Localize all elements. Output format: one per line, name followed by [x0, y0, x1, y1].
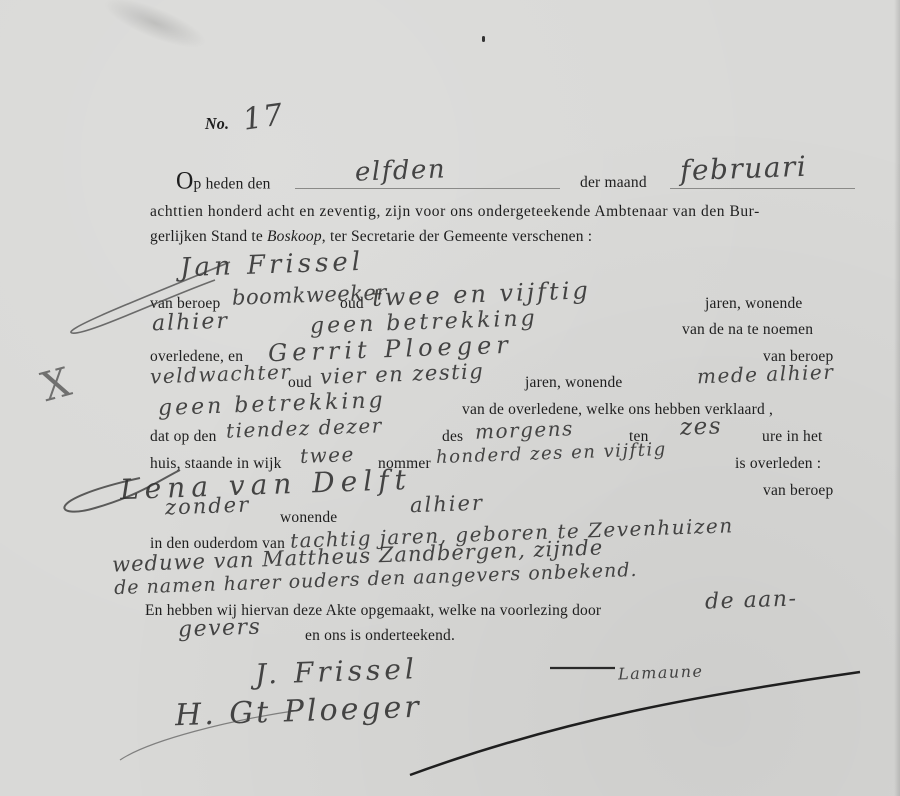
- scanned-document-page: No. 17 OOp heden denp heden den elfden d…: [0, 0, 900, 796]
- pen-strokes: [0, 0, 900, 796]
